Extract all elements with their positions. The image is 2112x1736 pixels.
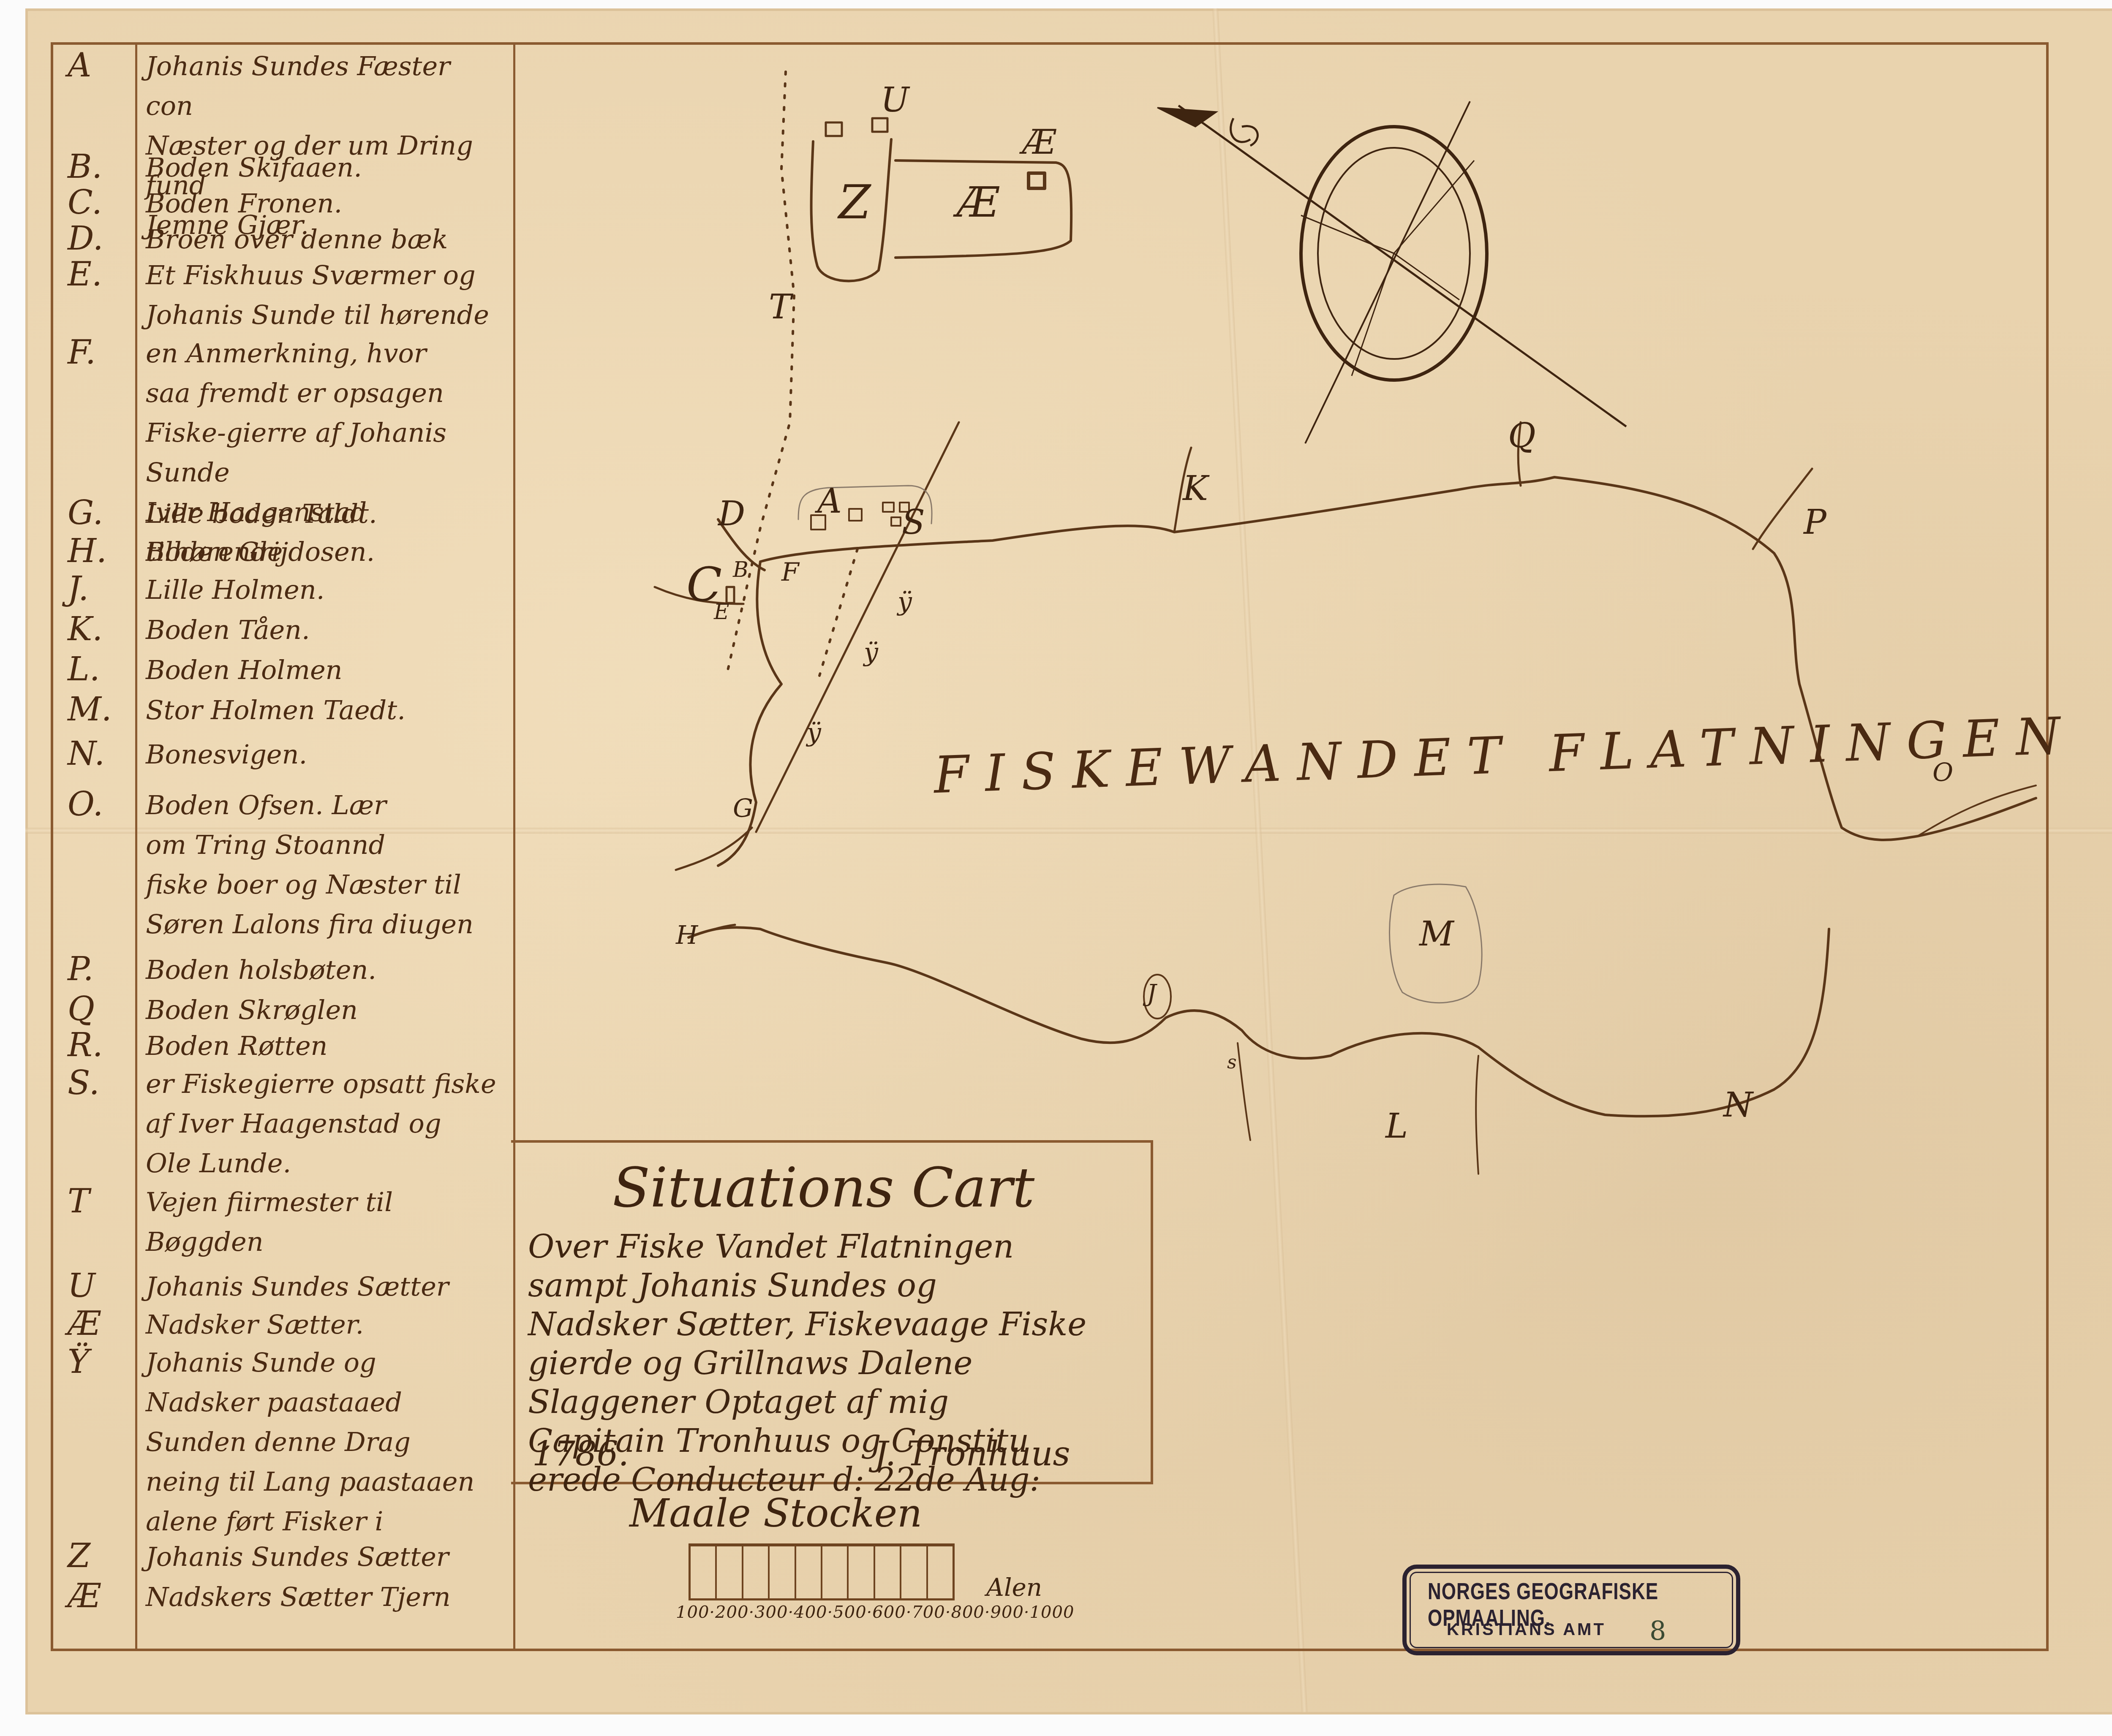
map-label-d: D — [718, 494, 745, 533]
title-cartouche: Situations Cart Over Fiske Vandet Flatni… — [511, 1140, 1153, 1484]
map-label-l: L — [1385, 1106, 1408, 1146]
lake-shoreline-south — [689, 927, 1829, 1116]
stream — [1476, 1056, 1478, 1174]
map-label-q: Q — [1508, 416, 1536, 455]
scale-tick-labels: 100·200·300·400·500·600·700·800·900·1000 — [676, 1603, 1074, 1622]
surveyor-signature: J. Tronhuus — [874, 1434, 1070, 1473]
road-dotted — [819, 549, 857, 676]
scale-segment — [901, 1546, 928, 1598]
scale-segment — [770, 1546, 796, 1598]
stamp-number: 8 — [1649, 1615, 1666, 1646]
scale-title: Maale Stocken — [629, 1491, 922, 1536]
scale-unit: Alen — [986, 1573, 1042, 1602]
map-title: Situations Cart — [612, 1155, 1034, 1220]
map-label-a: A — [817, 481, 842, 521]
map-label-p: P — [1804, 503, 1826, 542]
building — [883, 503, 894, 512]
scale-segment — [796, 1546, 822, 1598]
map-label-k: K — [1183, 469, 1208, 508]
map-label-m: M — [1419, 914, 1454, 954]
boundary-line — [756, 422, 959, 832]
compass-rose-icon — [1157, 101, 1626, 443]
map-label-y1: ÿ — [898, 587, 912, 617]
map-label-y3: ÿ — [807, 718, 821, 747]
scale-segment — [691, 1546, 717, 1598]
scale-segment — [743, 1546, 770, 1598]
stream — [1238, 1043, 1250, 1140]
building — [872, 118, 887, 132]
map-label-b: B — [733, 557, 748, 582]
stream — [1918, 785, 2036, 836]
map-label-s: S — [902, 503, 925, 542]
map-label-t: T — [769, 287, 791, 326]
map-label-g: G — [733, 794, 753, 823]
scale-segment — [717, 1546, 743, 1598]
map-label-ae-field: Æ — [957, 177, 999, 227]
map-label-e: E — [714, 600, 729, 624]
map-label-s-south: s — [1227, 1051, 1237, 1073]
archive-stamp: NORGES GEOGRAFISKE OPMAALING. KRISTIANS … — [1402, 1565, 1740, 1655]
map-label-n: N — [1723, 1085, 1753, 1125]
map-label-u: U — [881, 80, 909, 120]
scale-segment — [875, 1546, 901, 1598]
map-label-ae-hut: Æ — [1022, 122, 1056, 162]
building — [849, 509, 862, 521]
stream — [1753, 469, 1812, 549]
scale-bar — [689, 1543, 955, 1600]
stream — [676, 828, 752, 870]
scale-segment — [928, 1546, 953, 1598]
map-label-j: J — [1147, 980, 1156, 1007]
scale-segment — [822, 1546, 849, 1598]
map-label-f: F — [781, 557, 799, 587]
title-year: 1786. — [532, 1434, 629, 1473]
map-label-z: Z — [838, 175, 871, 229]
map-label-h: H — [676, 921, 698, 950]
stamp-county: KRISTIANS AMT — [1447, 1620, 1606, 1639]
map-label-y2: ÿ — [864, 638, 878, 667]
scale-segment — [849, 1546, 875, 1598]
building — [891, 517, 901, 526]
building — [1029, 173, 1045, 188]
building — [826, 122, 842, 136]
